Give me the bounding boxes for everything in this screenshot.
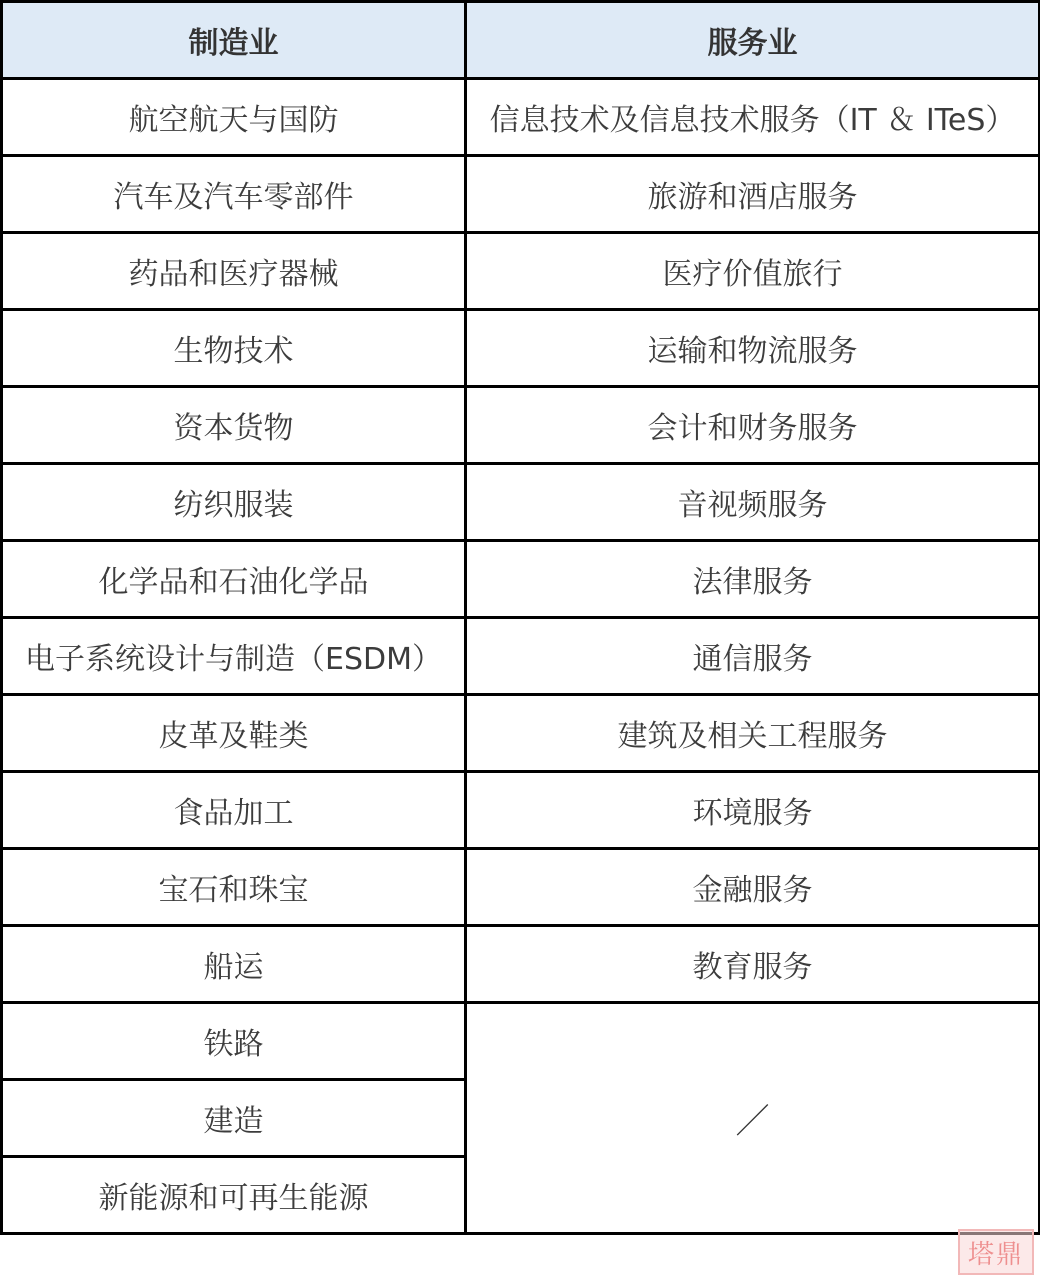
table-row: 宝石和珠宝 金融服务 — [2, 849, 1040, 926]
table-row: 药品和医疗器械 医疗价值旅行 — [2, 233, 1040, 310]
cell-manufacturing: 食品加工 — [2, 772, 466, 849]
cell-services: 医疗价值旅行 — [466, 233, 1040, 310]
cell-services-empty: ／ — [466, 1003, 1040, 1234]
cell-manufacturing: 宝石和珠宝 — [2, 849, 466, 926]
table-row: 资本货物 会计和财务服务 — [2, 387, 1040, 464]
table-row: 电子系统设计与制造（ESDM） 通信服务 — [2, 618, 1040, 695]
cell-services: 法律服务 — [466, 541, 1040, 618]
table-row: 化学品和石油化学品 法律服务 — [2, 541, 1040, 618]
watermark-seal-icon: 塔鼎 — [958, 1229, 1034, 1275]
table-row: 船运 教育服务 — [2, 926, 1040, 1003]
cell-services: 建筑及相关工程服务 — [466, 695, 1040, 772]
table-row: 生物技术 运输和物流服务 — [2, 310, 1040, 387]
table-row: 汽车及汽车零部件 旅游和酒店服务 — [2, 156, 1040, 233]
cell-services: 环境服务 — [466, 772, 1040, 849]
cell-manufacturing: 纺织服装 — [2, 464, 466, 541]
cell-manufacturing: 化学品和石油化学品 — [2, 541, 466, 618]
cell-manufacturing: 铁路 — [2, 1003, 466, 1080]
cell-manufacturing: 皮革及鞋类 — [2, 695, 466, 772]
table-row: 食品加工 环境服务 — [2, 772, 1040, 849]
cell-manufacturing: 生物技术 — [2, 310, 466, 387]
table-row: 铁路 ／ — [2, 1003, 1040, 1080]
cell-manufacturing: 电子系统设计与制造（ESDM） — [2, 618, 466, 695]
cell-manufacturing: 资本货物 — [2, 387, 466, 464]
cell-services: 教育服务 — [466, 926, 1040, 1003]
cell-services: 运输和物流服务 — [466, 310, 1040, 387]
cell-services: 金融服务 — [466, 849, 1040, 926]
cell-manufacturing: 汽车及汽车零部件 — [2, 156, 466, 233]
cell-manufacturing: 药品和医疗器械 — [2, 233, 466, 310]
cell-manufacturing: 航空航天与国防 — [2, 79, 466, 156]
cell-services: 会计和财务服务 — [466, 387, 1040, 464]
table-row: 皮革及鞋类 建筑及相关工程服务 — [2, 695, 1040, 772]
cell-manufacturing: 船运 — [2, 926, 466, 1003]
table-row: 航空航天与国防 信息技术及信息技术服务（IT ＆ ITeS） — [2, 79, 1040, 156]
cell-manufacturing: 建造 — [2, 1080, 466, 1157]
cell-services: 旅游和酒店服务 — [466, 156, 1040, 233]
industry-table: 制造业 服务业 航空航天与国防 信息技术及信息技术服务（IT ＆ ITeS） 汽… — [0, 0, 1040, 1235]
table-row: 纺织服装 音视频服务 — [2, 464, 1040, 541]
cell-services: 信息技术及信息技术服务（IT ＆ ITeS） — [466, 79, 1040, 156]
cell-services: 通信服务 — [466, 618, 1040, 695]
header-row: 制造业 服务业 — [2, 2, 1040, 79]
header-services: 服务业 — [466, 2, 1040, 79]
cell-manufacturing: 新能源和可再生能源 — [2, 1157, 466, 1234]
empty-slash: ／ — [736, 1102, 770, 1142]
cell-services: 音视频服务 — [466, 464, 1040, 541]
header-manufacturing: 制造业 — [2, 2, 466, 79]
